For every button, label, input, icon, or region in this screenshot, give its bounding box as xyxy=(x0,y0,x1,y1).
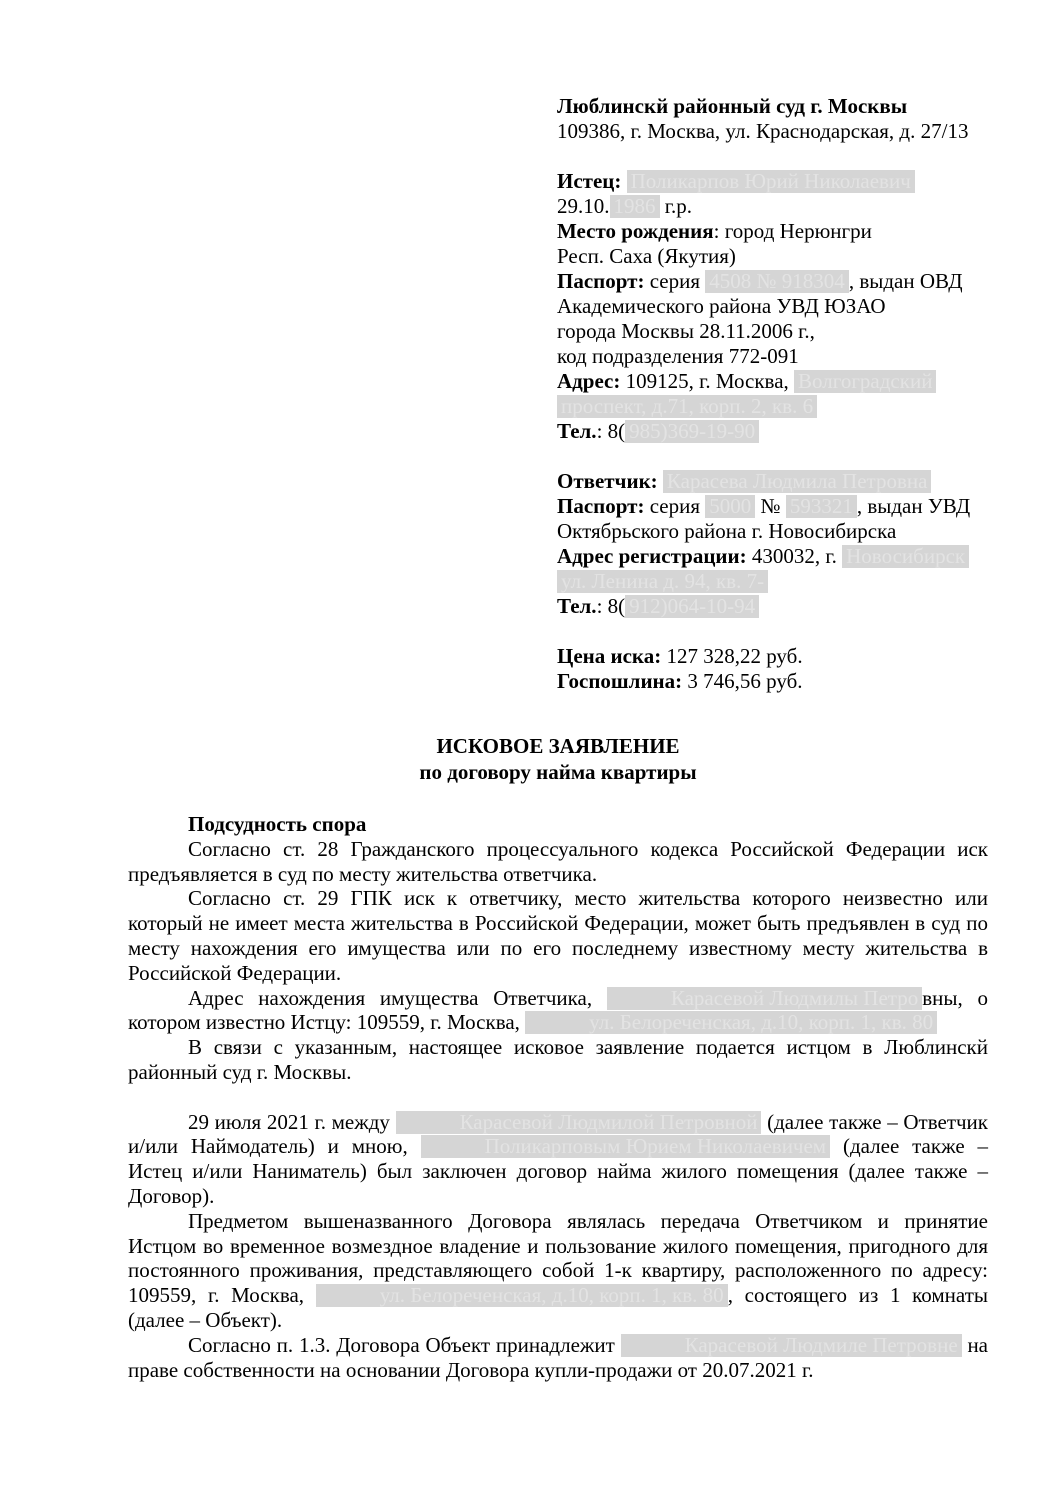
document-title: ИСКОВОЕ ЗАЯВЛЕНИЕ по договору найма квар… xyxy=(128,733,988,785)
passport-label: Паспорт: xyxy=(557,269,644,293)
plaintiff-passport-line: Паспорт: серия 4508 № 918304, выдан ОВД xyxy=(557,269,1032,294)
plaintiff-address-line2: проспект, д.71, корп. 2, кв. 6 xyxy=(557,394,1032,419)
court-name: Люблинскй районный суд г. Москвы xyxy=(557,94,907,118)
passport-suffix: , выдан ОВД xyxy=(849,269,963,293)
redaction-defendant-name-dative: Карасевой Людмиле Петровне xyxy=(621,1334,962,1357)
passport-issue-date: города Москвы 28.11.2006 г., xyxy=(557,319,815,343)
paragraph-contract-subject: Предметом вышеназванного Договора являла… xyxy=(128,1209,988,1333)
plaintiff-passport-line2: Академического района УВД ЮЗАО xyxy=(557,294,1032,319)
redaction-defendant-address1: Новосибирск xyxy=(842,545,969,568)
claim-price-value: 127 328,22 руб. xyxy=(661,644,802,668)
plaintiff-phone-line: Тел.: 8(985)369-19-90 xyxy=(557,419,1032,444)
claim-fee-value: 3 746,56 руб. xyxy=(682,669,802,693)
paragraph-gpk29: Согласно ст. 29 ГПК иск к ответчику, мес… xyxy=(128,886,988,985)
document-body: Подсудность спора Согласно ст. 28 Гражда… xyxy=(128,812,988,1382)
redaction-defendant-name-instrumental: Карасевой Людмилой Петровной xyxy=(396,1111,762,1134)
spacer xyxy=(557,144,1032,169)
paragraph-text: В связи с указанным, настоящее исковое з… xyxy=(128,1035,988,1084)
spacer xyxy=(557,444,1032,469)
passport-label: Паспорт: xyxy=(557,494,644,518)
paragraph-filing-court: В связи с указанным, настоящее исковое з… xyxy=(128,1035,988,1085)
plaintiff-birthplace-line: Место рождения: город Нерюнгри xyxy=(557,219,1032,244)
paragraph-text: Согласно ст. 28 Гражданского процессуаль… xyxy=(128,837,988,886)
claim-fee-line: Госпошлина: 3 746,56 руб. xyxy=(557,669,1032,694)
spacer xyxy=(557,619,1032,644)
reg-address-label: Адрес регистрации: xyxy=(557,544,747,568)
passport-suffix: , выдан УВД xyxy=(857,494,970,518)
redaction-defendant-passport-number: 593321 xyxy=(786,495,857,518)
title-line1: ИСКОВОЕ ЗАЯВЛЕНИЕ xyxy=(128,733,988,759)
redaction-plaintiff-phone: 985)369-19-90 xyxy=(625,420,759,443)
phone-label: Тел. xyxy=(557,594,597,618)
plaintiff-birthdate-line: 29.10.1986 г.р. xyxy=(557,194,1032,219)
title-line2: по договору найма квартиры xyxy=(128,759,988,785)
redaction-defendant-passport-series: 5000 xyxy=(705,495,755,518)
redaction-defendant-phone: 912)064-10-94 xyxy=(625,595,759,618)
paragraph-text: Адрес нахождения имущества Ответчика, xyxy=(188,986,607,1010)
birthplace-line2: Респ. Саха (Якутия) xyxy=(557,244,736,268)
redaction-plaintiff-passport: 4508 № 918304 xyxy=(705,270,849,293)
passport-prefix: серия xyxy=(644,269,705,293)
redaction-plaintiff-address2: проспект, д.71, корп. 2, кв. 6 xyxy=(557,395,817,418)
passport-issuer: Октябрьского района г. Новосибирска xyxy=(557,519,896,543)
plaintiff-passport-line4: код подразделения 772-091 xyxy=(557,344,1032,369)
redaction-apartment-address: ул. Белореченская, д.10, корп. 1, кв. 80 xyxy=(316,1284,728,1307)
redaction-defendant-address2: ул. Ленина д. 94, кв. 7- xyxy=(557,570,768,593)
redaction-plaintiff-name-instrumental: Поликарповым Юрием Николаевичем xyxy=(421,1135,831,1158)
court-name-line: Люблинскй районный суд г. Москвы xyxy=(557,94,1032,119)
passport-issuer: Академического района УВД ЮЗАО xyxy=(557,294,886,318)
court-header-block: Люблинскй районный суд г. Москвы 109386,… xyxy=(557,94,1032,694)
defendant-address-line2: ул. Ленина д. 94, кв. 7- xyxy=(557,569,1032,594)
redaction-birth-year: 1986 xyxy=(610,195,660,218)
redaction-plaintiff-address1: Волгоградский xyxy=(794,370,936,393)
paragraph-property-address: Адрес нахождения имущества Ответчика, Ка… xyxy=(128,986,988,1036)
defendant-address-line: Адрес регистрации: 430032, г. Новосибирс… xyxy=(557,544,1032,569)
section-heading-jurisdiction: Подсудность спора xyxy=(128,812,988,837)
claim-fee-label: Госпошлина: xyxy=(557,669,682,693)
plaintiff-address-line: Адрес: 109125, г. Москва, Волгоградский xyxy=(557,369,1032,394)
court-address-line: 109386, г. Москва, ул. Краснодарская, д.… xyxy=(557,119,1032,144)
paragraph-gpk28: Согласно ст. 28 Гражданского процессуаль… xyxy=(128,837,988,887)
passport-no-sign: № xyxy=(755,494,786,518)
redaction-defendant-name-genitive: Карасевой Людмилы Петро xyxy=(607,987,922,1010)
plaintiff-label: Истец: xyxy=(557,169,621,193)
plaintiff-passport-line3: города Москвы 28.11.2006 г., xyxy=(557,319,1032,344)
paragraph-contract-date: 29 июля 2021 г. между Карасевой Людмилой… xyxy=(128,1110,988,1209)
birth-suffix: г.р. xyxy=(660,194,693,218)
plaintiff-name-line: Истец: Поликарпов Юрий Николаевич xyxy=(557,169,1032,194)
paragraph-ownership: Согласно п. 1.3. Договора Объект принадл… xyxy=(128,1333,988,1383)
court-address: 109386, г. Москва, ул. Краснодарская, д.… xyxy=(557,119,968,143)
passport-prefix: серия xyxy=(644,494,705,518)
claim-price-line: Цена иска: 127 328,22 руб. xyxy=(557,644,1032,669)
redaction-defendant-name: Карасева Людмила Петровна xyxy=(663,470,932,493)
redaction-property-address: ул. Белореченская, д.10, корп. 1, кв. 80 xyxy=(525,1011,937,1034)
redaction-plaintiff-name: Поликарпов Юрий Николаевич xyxy=(627,170,915,193)
defendant-name-line: Ответчик: Карасева Людмила Петровна xyxy=(557,469,1032,494)
birthplace-value: : город Нерюнгри xyxy=(714,219,872,243)
reg-address-prefix: 430032, г. xyxy=(747,544,843,568)
defendant-label: Ответчик: xyxy=(557,469,658,493)
birth-prefix: 29.10. xyxy=(557,194,610,218)
passport-unit-code: код подразделения 772-091 xyxy=(557,344,799,368)
defendant-phone-line: Тел.: 8(912)064-10-94 xyxy=(557,594,1032,619)
paragraph-text: Согласно п. 1.3. Договора Объект принадл… xyxy=(188,1333,621,1357)
paragraph-text: 29 июля 2021 г. между xyxy=(188,1110,396,1134)
defendant-passport-line: Паспорт: серия 5000 № 593321, выдан УВД xyxy=(557,494,1032,519)
paragraph-text: Согласно ст. 29 ГПК иск к ответчику, мес… xyxy=(128,886,988,984)
phone-prefix: : 8( xyxy=(597,419,626,443)
address-prefix: 109125, г. Москва, xyxy=(620,369,794,393)
plaintiff-birthplace-line2: Респ. Саха (Якутия) xyxy=(557,244,1032,269)
address-label: Адрес: xyxy=(557,369,620,393)
phone-prefix: : 8( xyxy=(597,594,626,618)
document-page: Люблинскй районный суд г. Москвы 109386,… xyxy=(0,0,1060,1500)
defendant-passport-line2: Октябрьского района г. Новосибирска xyxy=(557,519,1032,544)
birthplace-label: Место рождения xyxy=(557,219,714,243)
claim-price-label: Цена иска: xyxy=(557,644,661,668)
phone-label: Тел. xyxy=(557,419,597,443)
